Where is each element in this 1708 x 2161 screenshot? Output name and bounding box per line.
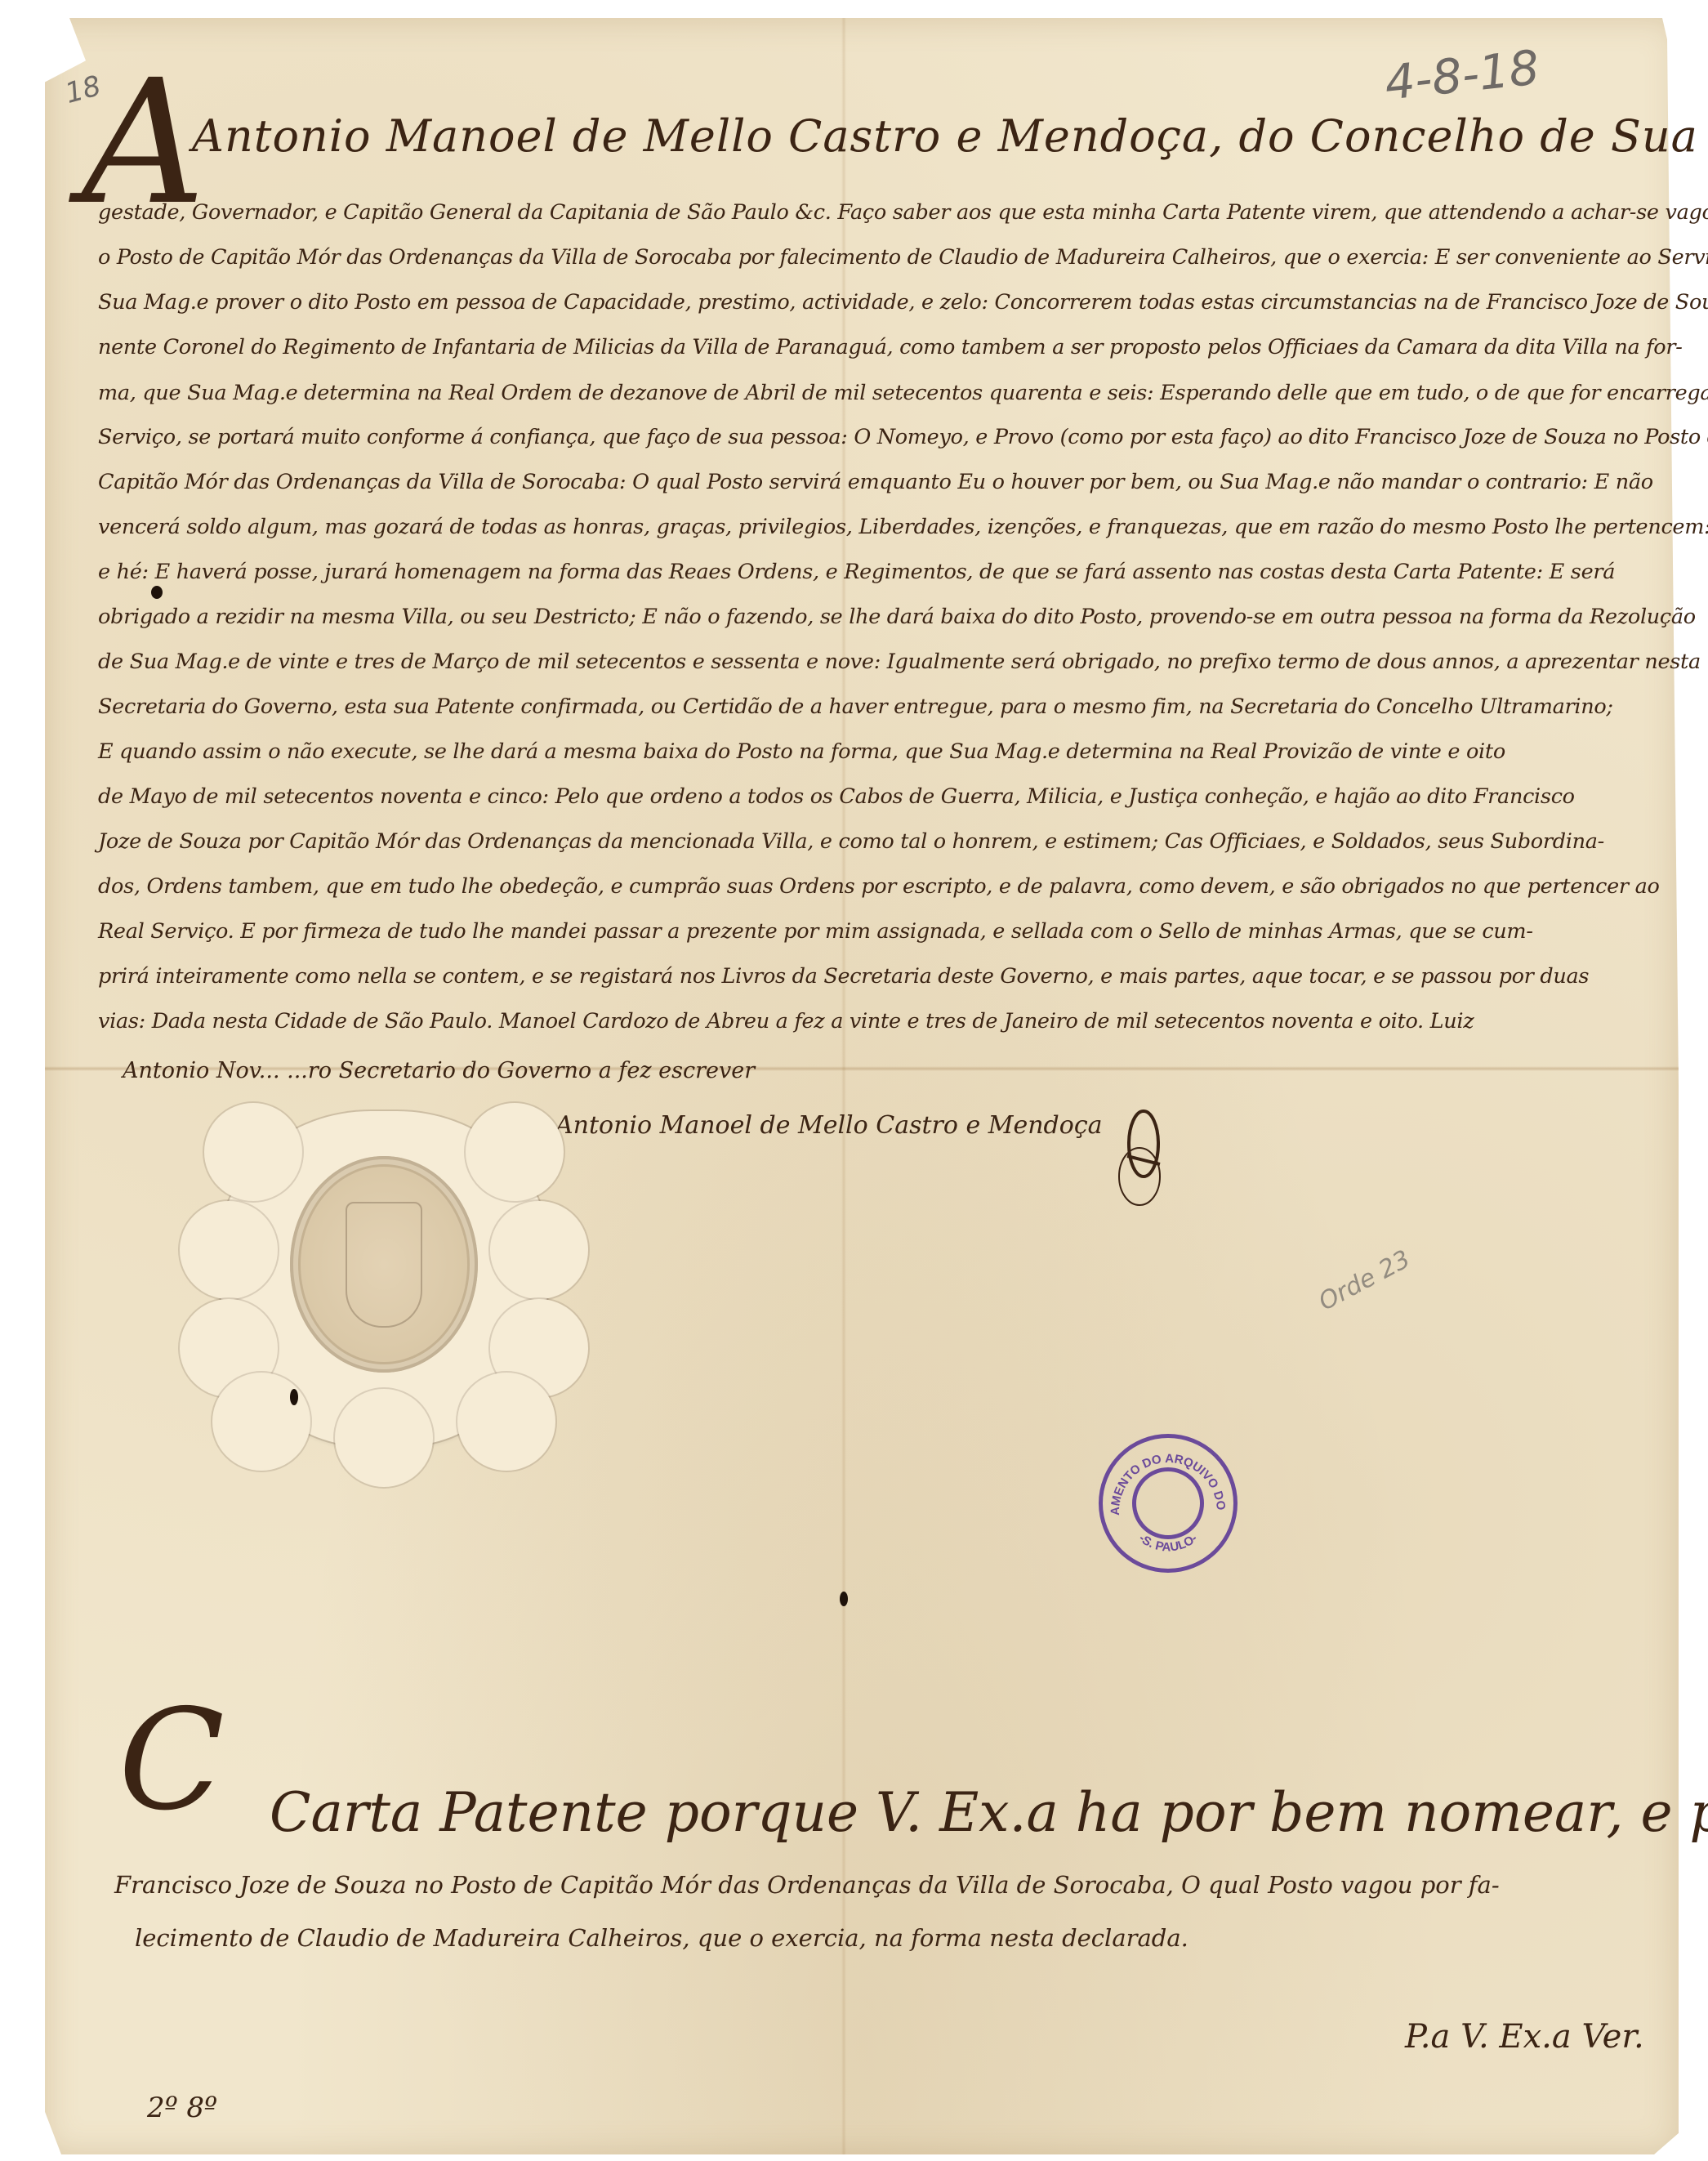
- secretary-line: Antonio Nov... ...ro Secretario do Gover…: [123, 1058, 755, 1083]
- ink-blot: [151, 586, 163, 599]
- body-line: Capitão Mór das Ordenanças da Villa de S…: [98, 470, 1653, 494]
- title-body-line: lecimento de Claudio de Madureira Calhei…: [135, 1924, 1188, 1952]
- title-line: Carta Patente porque V. Ex.a ha por bem …: [270, 1781, 1708, 1844]
- ink-blot: [840, 1592, 848, 1606]
- governor-signature-name: Antonio Manoel de Mello Castro e Mendoça: [555, 1111, 1103, 1140]
- body-line: e hé: E haverá posse, jurará homenagem n…: [98, 560, 1615, 584]
- stamp-inner-ring: [1132, 1467, 1204, 1539]
- body-line: ma, que Sua Mag.e determina na Real Orde…: [98, 381, 1708, 405]
- body-line: de Mayo de mil setecentos noventa e cinc…: [98, 784, 1575, 809]
- body-line: obrigado a rezidir na mesma Villa, ou se…: [98, 605, 1696, 629]
- bottom-note: 2º 8º: [147, 2092, 217, 2124]
- closing-flourish: P.a V. Ex.a Ver.: [1405, 2018, 1644, 2056]
- title-body-line: Francisco Joze de Souza no Posto de Capi…: [114, 1871, 1500, 1899]
- body-line: gestade, Governador, e Capitão General d…: [98, 200, 1708, 225]
- coat-of-arms-icon: [346, 1202, 422, 1328]
- body-line: vias: Dada nesta Cidade de São Paulo. Ma…: [98, 1009, 1474, 1034]
- body-line: Secretaria do Governo, esta sua Patente …: [98, 694, 1613, 719]
- body-line: dos, Ordens tambem, que em tudo lhe obed…: [98, 874, 1660, 899]
- title-dropcap: C: [118, 1691, 225, 1830]
- embossed-seal-icon: [290, 1156, 478, 1373]
- body-line: Sua Mag.e prover o dito Posto em pessoa …: [98, 290, 1708, 315]
- body-line: Serviço, se portará muito conforme á con…: [98, 425, 1708, 449]
- body-line: Real Serviço. E por firmeza de tudo lhe …: [98, 919, 1533, 944]
- heading-line: Antonio Manoel de Mello Castro e Mendoça…: [192, 110, 1708, 162]
- body-line: vencerá soldo algum, mas gozará de todas…: [98, 515, 1708, 539]
- signature-flourish-icon: [1111, 1107, 1184, 1213]
- body-line: o Posto de Capitão Mór das Ordenanças da…: [98, 245, 1708, 270]
- body-line: prirá inteiramente como nella se contem,…: [98, 964, 1589, 989]
- body-line: nente Coronel do Regimento de Infantaria…: [98, 335, 1683, 359]
- body-line: Joze de Souza por Capitão Mór das Ordena…: [98, 829, 1604, 854]
- body-line: E quando assim o não execute, se lhe dar…: [98, 739, 1505, 764]
- ink-blot: [290, 1389, 298, 1405]
- body-line: de Sua Mag.e de vinte e tres de Março de…: [98, 650, 1701, 674]
